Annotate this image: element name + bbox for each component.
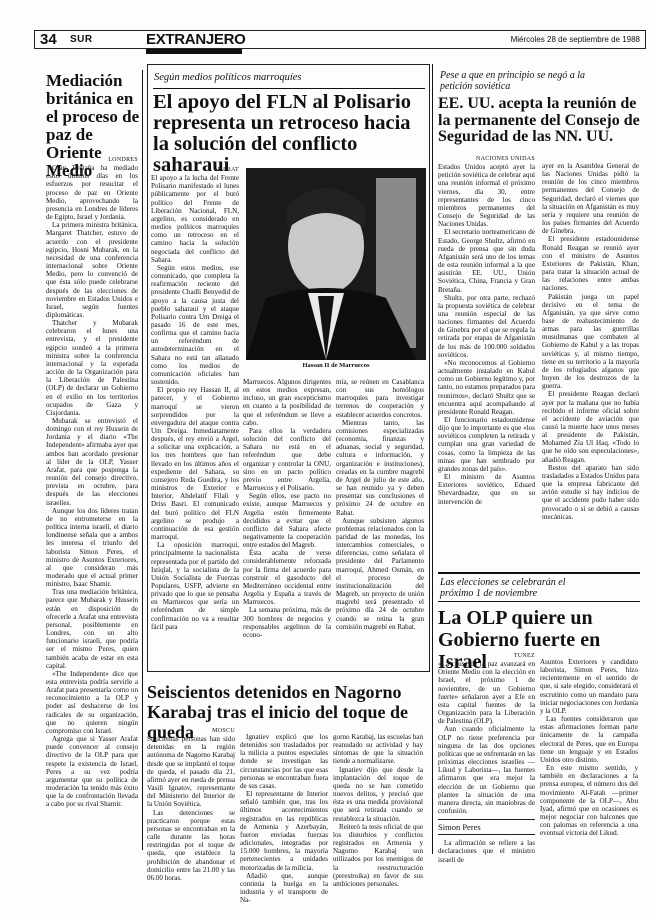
column-divider xyxy=(142,70,143,850)
usa-article-col1: NACIONES UNIDAS Estados Unidos aceptó ay… xyxy=(438,155,535,506)
paragraph: Ignatiev explicó que los detenidos son t… xyxy=(240,733,328,790)
paragraph: En este mismo sentido, y también en decl… xyxy=(540,764,638,837)
paragraph: Aunque subsisten algunos problemas relac… xyxy=(336,517,424,631)
paragraph: Según estos medios, ese comunicado, que … xyxy=(151,264,239,386)
usa-article-headline: EE. UU. acepta la reunión de la permanen… xyxy=(438,96,648,146)
paragraph: Según ellos, ese pacto no existe, aunque… xyxy=(243,492,331,549)
paragraph: Shultz, por otra parte, rechazó la propu… xyxy=(438,294,535,359)
paragraph: Agrega que si Yasser Arafat puede conven… xyxy=(46,735,138,808)
usa-article-kicker: Pese a que en principio se negó a la pet… xyxy=(440,70,600,92)
paragraph: El presidente Reagan declaró ayer por la… xyxy=(542,390,639,463)
paragraph: Ignatiev dijo que desde la implantación … xyxy=(333,766,423,823)
usa-article-col2: ayer en la Asamblea General de las Nacio… xyxy=(542,162,639,521)
paragraph: El apoyo a la lucha del Frente Polisario… xyxy=(151,174,239,264)
paragraph: Aunque los dos líderes tratan de no entr… xyxy=(46,507,138,589)
paragraph: Tras una mediación británica, parece que… xyxy=(46,588,138,670)
issue-date: Miércoles 28 de septiembre de 1988 xyxy=(511,35,640,44)
column-divider xyxy=(432,64,433,854)
fln-article-headline: El apoyo del FLN al Polisario representa… xyxy=(153,92,428,176)
fln-article-dateline: RABAT xyxy=(151,166,239,174)
paragraph: «No reconocemos al Gobierno actualmente … xyxy=(438,359,535,416)
portrait-illustration xyxy=(246,168,426,360)
paragraph: Pakistán juega un papel decisivo en el t… xyxy=(542,293,639,391)
left-article-dateline: LONDRES xyxy=(46,156,138,164)
paragraph: Gran Bretaña ha mediado estos últimos dí… xyxy=(46,164,138,221)
paragraph: «The Independent» dice que esta entrevis… xyxy=(46,670,138,735)
section-rule xyxy=(438,572,640,574)
paragraph: La primera ministra británica, Margaret … xyxy=(46,221,138,319)
nagorno-article-col1: MOSCU Seiscientas personas han sido dete… xyxy=(147,727,235,882)
kicker-rule xyxy=(153,88,425,89)
paragraph: Añadió que, aunque continúa la huelga en… xyxy=(240,872,328,905)
paragraph: Para ellos la verdadera solución del con… xyxy=(243,427,331,492)
olp-article-kicker: Las elecciones se celebrarán el próximo … xyxy=(440,577,600,599)
paragraph: Marruecos. Algunos dirigentes en estos m… xyxy=(243,378,331,427)
nagorno-article-dateline: MOSCU xyxy=(147,727,235,735)
kicker-rule xyxy=(438,601,640,602)
usa-article-dateline: NACIONES UNIDAS xyxy=(438,155,535,163)
paragraph: El propio rey Hassan II, al parecer, y e… xyxy=(151,386,239,541)
paragraph: «La causa de la paz avanzará en Oriente … xyxy=(438,660,535,725)
newspaper-name: SUR xyxy=(70,34,93,45)
paragraph: La oposición marroquí, principalmente la… xyxy=(151,541,239,631)
paragraph: Mubarak se entrevistó el domingo con el … xyxy=(46,417,138,507)
section-underline xyxy=(146,49,242,54)
fln-article-kicker: Según medios políticos marroquíes xyxy=(154,72,424,83)
paragraph: La afirmación se refiere a las declaraci… xyxy=(438,839,535,863)
paragraph: Thatcher y Mubarak celebraron el lunes u… xyxy=(46,319,138,417)
paragraph: Las fuentes consideraron que estas afirm… xyxy=(540,715,638,764)
paragraph: El funcionario estadounidense dijo que l… xyxy=(438,416,535,473)
hassan-ii-photo xyxy=(246,168,426,360)
paragraph: El ministro de Asuntos Exteriores soviét… xyxy=(438,473,535,506)
page-number: 34 xyxy=(40,31,57,48)
fln-article-col2: Marruecos. Algunos dirigentes en estos m… xyxy=(243,378,331,639)
paragraph: gorno Karabaj, las escuelas han reanudad… xyxy=(333,733,423,766)
fln-article-col1: RABAT El apoyo a la lucha del Frente Pol… xyxy=(151,166,239,631)
section-title: EXTRANJERO xyxy=(146,31,246,48)
paragraph: El representante de Interior señaló tamb… xyxy=(240,790,328,872)
paragraph: Las detenciones se practicaron porque es… xyxy=(147,809,235,882)
paragraph: Aun cuando oficialmente la OLP no tiene … xyxy=(438,725,535,815)
nagorno-article-col3: gorno Karabaj, las escuelas han reanudad… xyxy=(333,733,423,888)
paragraph: Seiscientas personas han sido detenidas … xyxy=(147,735,235,808)
paragraph: Estados Unidos aceptó ayer la petición s… xyxy=(438,163,535,228)
paragraph: El presidente estadounidense Ronald Reag… xyxy=(542,235,639,292)
left-article-body: LONDRES Gran Bretaña ha mediado estos úl… xyxy=(46,156,138,809)
olp-subhead: Simon Peres xyxy=(438,819,535,835)
paragraph: Asuntos Exteriores y candidato laborista… xyxy=(540,658,638,715)
paragraph: Ésta acaba de verse considerablemente re… xyxy=(243,549,331,606)
fln-article-col3: mía, se reúnen en Casablanca con sus hom… xyxy=(336,378,424,631)
olp-article-col2: Asuntos Exteriores y candidato laborista… xyxy=(540,658,638,837)
paragraph: mía, se reúnen en Casablanca con sus hom… xyxy=(336,378,424,419)
paragraph: Mientras tanto, las comisiones especiali… xyxy=(336,419,424,517)
olp-article-dateline: TUNEZ xyxy=(438,652,535,660)
paragraph: Restos del aparato han sido trasladados … xyxy=(542,464,639,521)
paragraph: ayer en la Asamblea General de las Nacio… xyxy=(542,162,639,235)
paragraph: La semana próxima, más de 300 hombres de… xyxy=(243,606,331,639)
photo-caption: Hassan II de Marruecos xyxy=(246,362,426,369)
paragraph: El secretario norteamericano de Estado, … xyxy=(438,228,535,293)
paragraph: Reiteró la tesis oficial de que los dist… xyxy=(333,823,423,888)
olp-article-col1: TUNEZ «La causa de la paz avanzará en Or… xyxy=(438,652,535,864)
nagorno-article-col2: Ignatiev explicó que los detenidos son t… xyxy=(240,733,328,904)
